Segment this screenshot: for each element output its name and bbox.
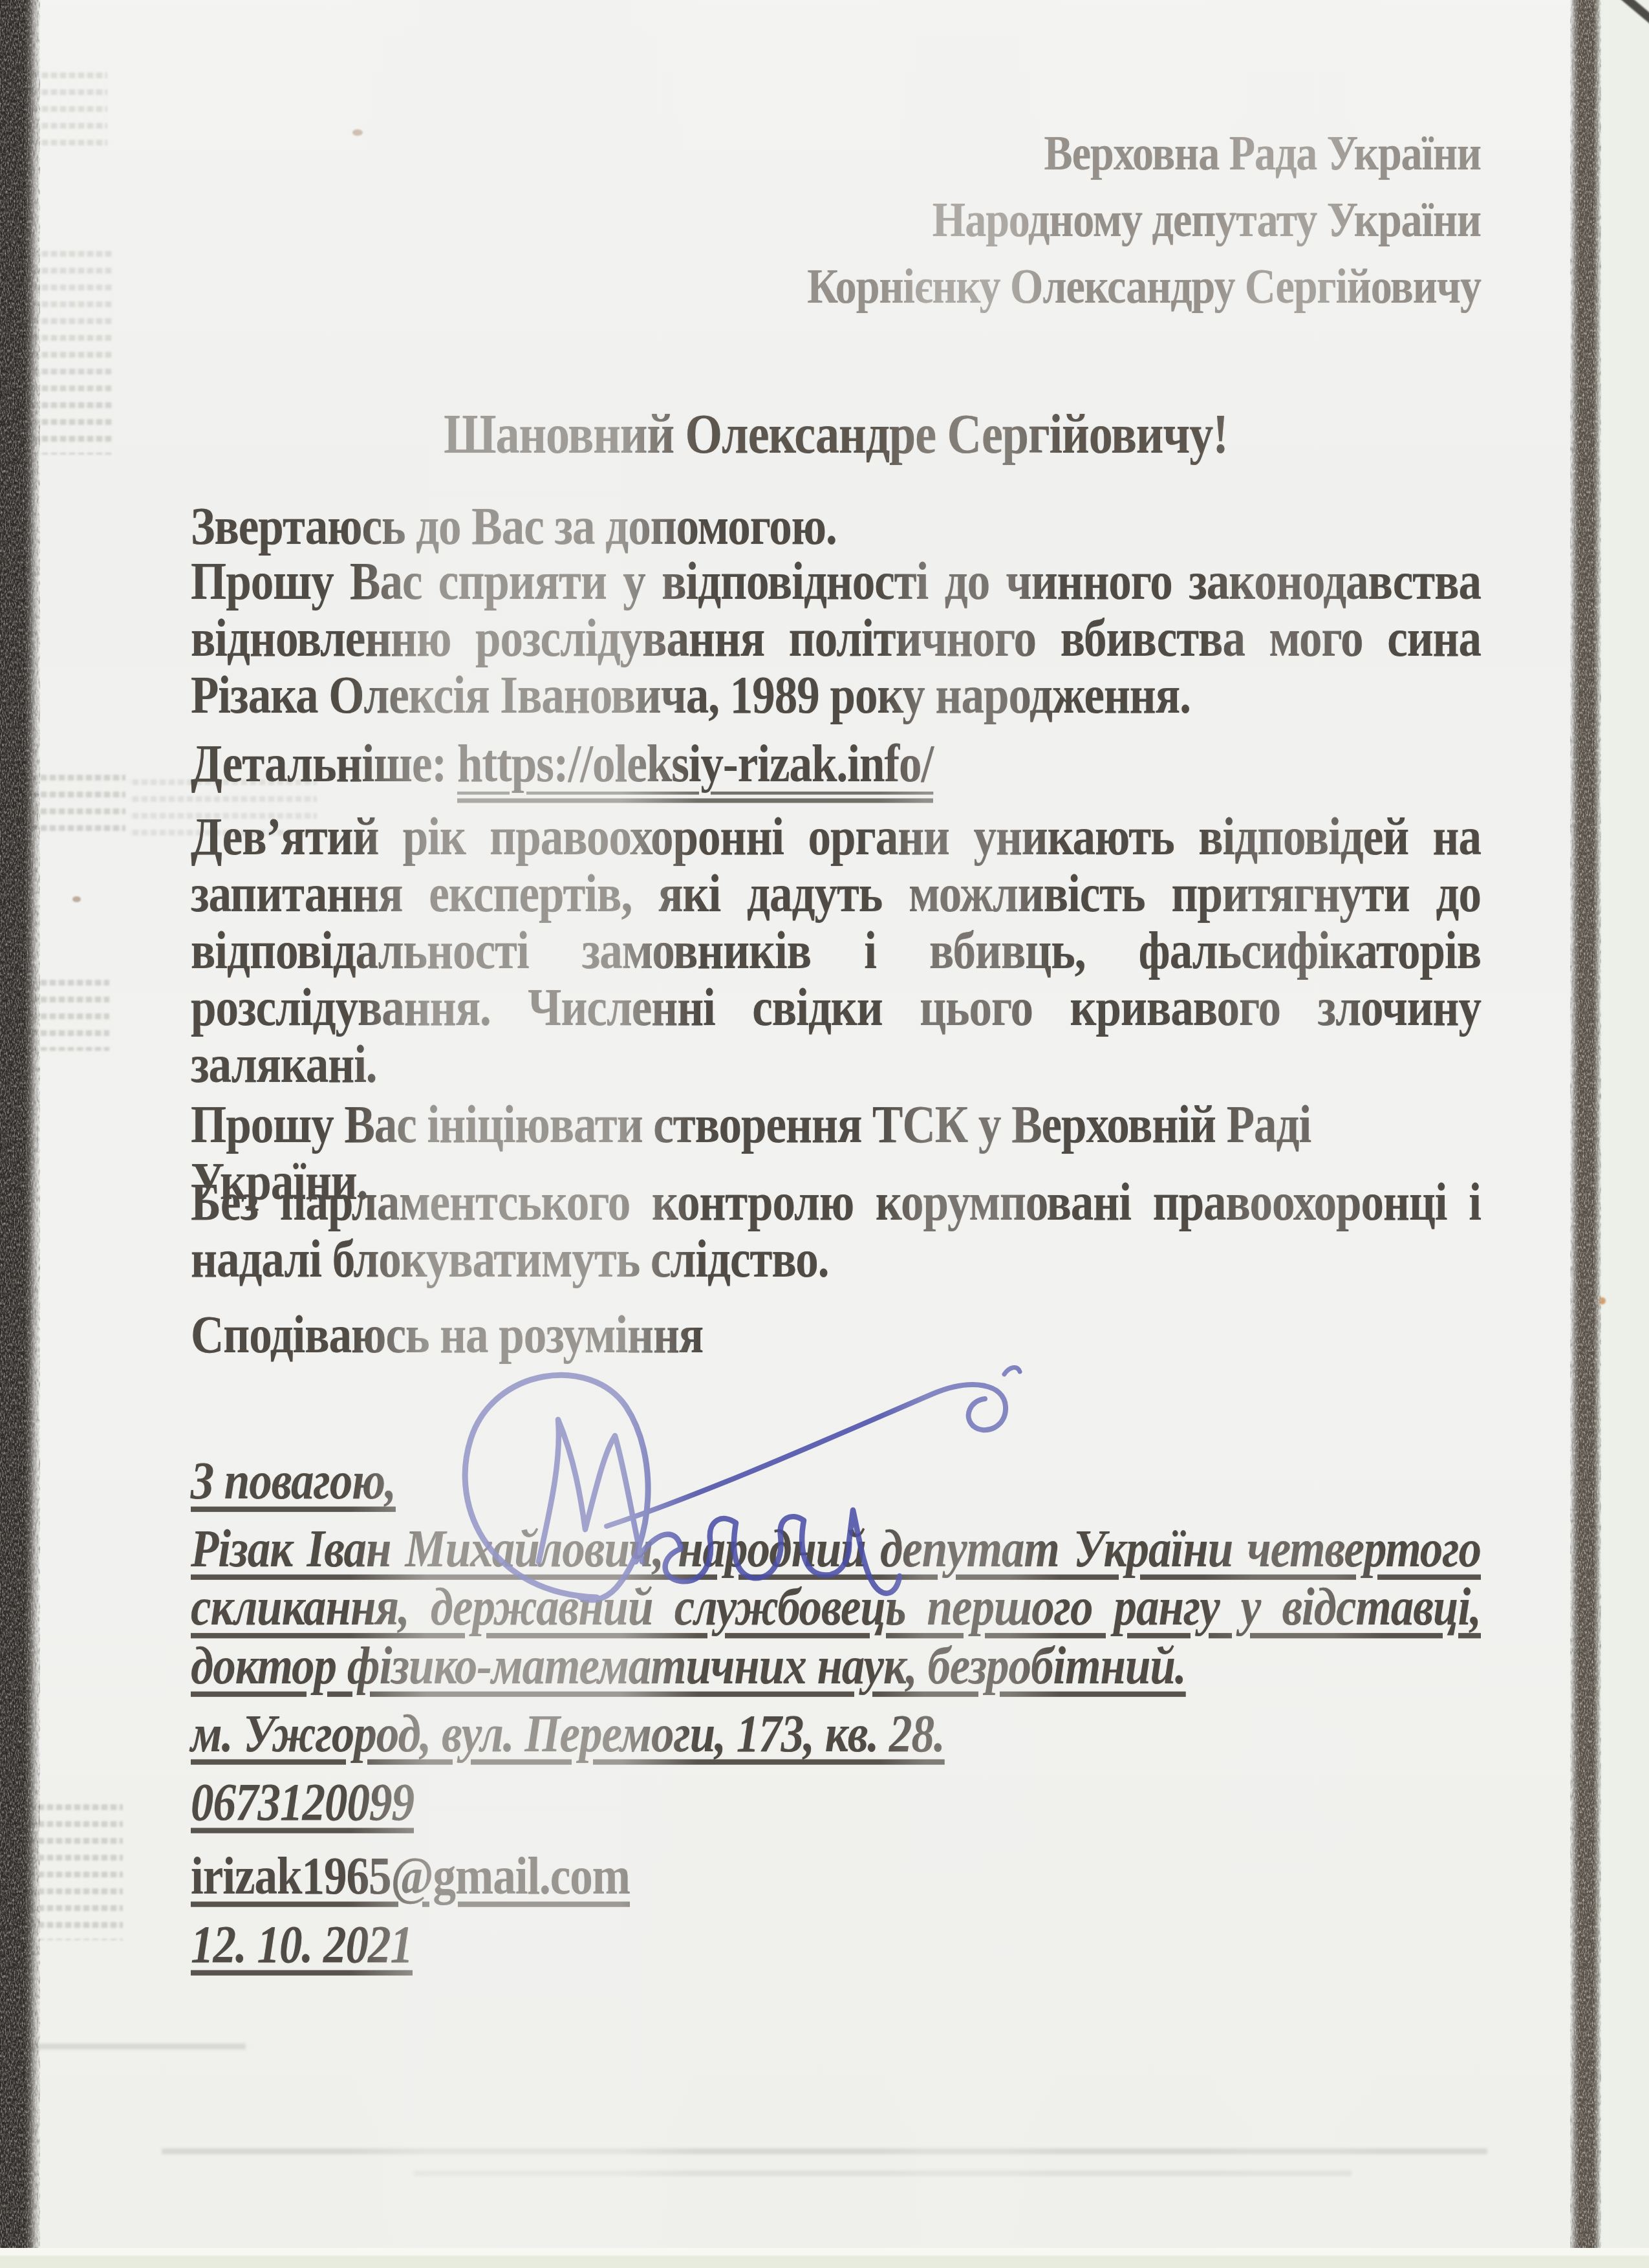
sender-email: irizak1965@gmail.com <box>191 1848 1481 1905</box>
ghost-bleed-patch <box>30 72 107 153</box>
paragraph-ninth-line-5: залякані. <box>191 1037 1481 1094</box>
paragraph-request-line-3: Різака Олексія Івановича, 1989 року наро… <box>191 667 1481 724</box>
paragraph-intro: Звертаюсь до Вас за допомогою. <box>191 498 1481 555</box>
handwritten-signature <box>442 1348 1056 1607</box>
paper-stain <box>72 896 81 902</box>
recipient-line-1: Верховна Рада України <box>191 120 1481 186</box>
paragraph-request: Прошу Вас сприяти у відповідності до чин… <box>191 553 1481 724</box>
details-url-link[interactable]: https://oleksiy-rizak.info/ <box>457 735 933 803</box>
paragraph-ninth-line-1: Дев’ятий рік правоохоронні органи уникаю… <box>191 808 1481 865</box>
paragraph-ninth-year: Дев’ятий рік правоохоронні органи уникаю… <box>191 808 1481 1094</box>
ghost-bleed-patch <box>28 775 125 839</box>
letter-body: Верховна Рада України Народному депутату… <box>191 0 1481 2268</box>
signer-line-3: доктор фізико-математичних наук, безробі… <box>191 1637 1481 1695</box>
paragraph-parliament-line-1: Без парламентського контролю корумповані… <box>191 1174 1481 1231</box>
letter-date: 12. 10. 2021 <box>191 1916 1481 1973</box>
paragraph-ninth-line-4: розслідування. Численні свідки цього кри… <box>191 979 1481 1036</box>
ghost-bleed-patch <box>26 1804 123 1940</box>
salutation-heading: Шановний Олександре Сергійовичу! <box>191 406 1636 463</box>
right-scan-band <box>1570 0 1601 2268</box>
sender-phone: 0673120099 <box>191 1774 1481 1831</box>
sender-address: м. Ужгород, вул. Перемоги, 173, кв. 28. <box>191 1705 1481 1762</box>
bottom-scan-strip <box>0 2248 1649 2268</box>
paragraph-ninth-line-2: запитання експертів, які дадуть можливіс… <box>191 865 1481 922</box>
ghost-bleed-patch <box>28 980 109 1051</box>
left-scan-band <box>0 0 40 2268</box>
details-line: Детальніше: https://oleksiy-rizak.info/ <box>191 735 1481 792</box>
recipient-block: Верховна Рада України Народному депутату… <box>191 120 1481 320</box>
paragraph-parliament-line-2: надалі блокуватимуть слідство. <box>191 1231 1481 1288</box>
recipient-line-2: Народному депутату України <box>191 186 1481 253</box>
details-label: Детальніше: <box>191 735 446 793</box>
scanned-letter-page: Верховна Рада України Народному депутату… <box>0 0 1649 2268</box>
paragraph-request-line-2: відновленню розслідування політичного вб… <box>191 610 1481 667</box>
paragraph-ninth-line-3: відповідальності замовників і вбивць, фа… <box>191 922 1481 979</box>
recipient-line-3: Корнієнку Олександру Сергійовичу <box>191 253 1481 319</box>
paragraph-request-line-1: Прошу Вас сприяти у відповідності до чин… <box>191 553 1481 610</box>
ghost-bleed-patch <box>30 251 113 455</box>
paragraph-parliament: Без парламентського контролю корумповані… <box>191 1174 1481 1288</box>
